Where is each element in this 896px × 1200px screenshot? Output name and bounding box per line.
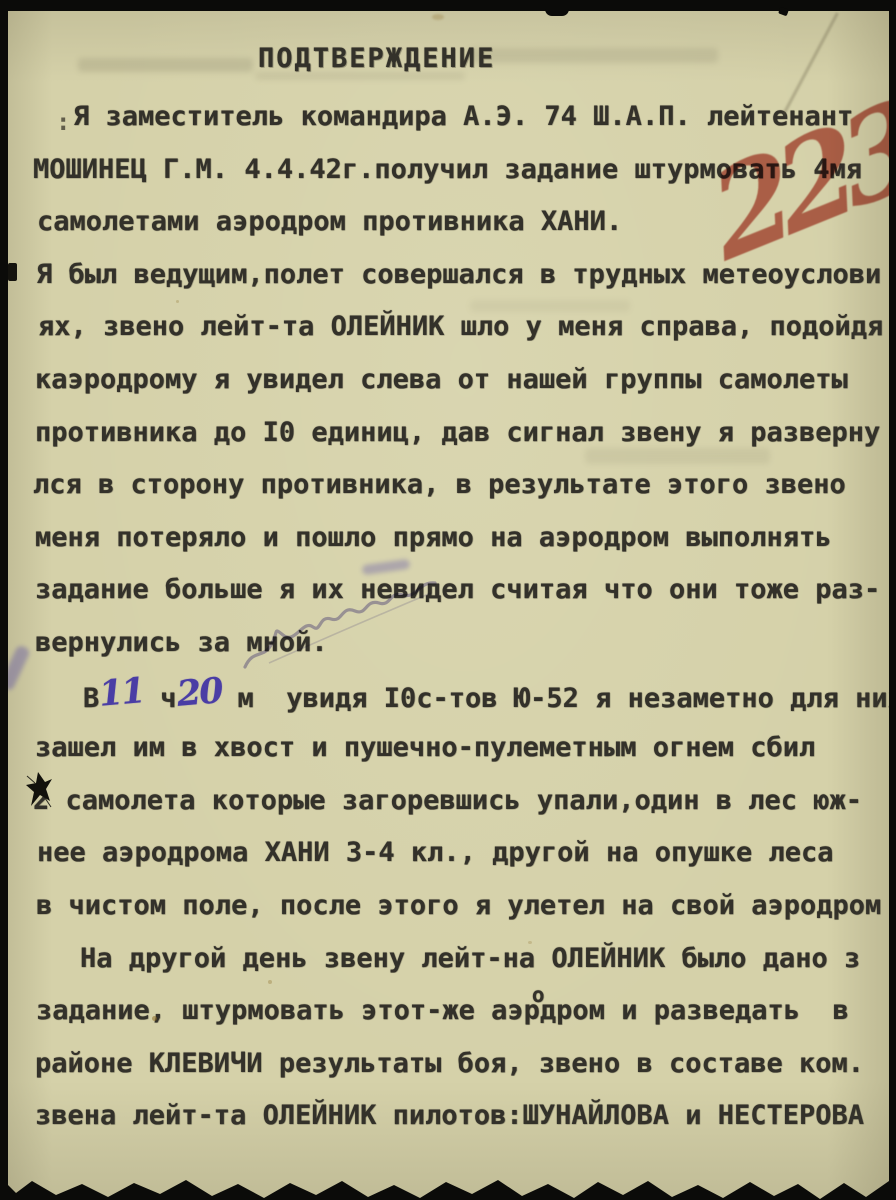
text-line: каэродрому я увидел слева от нашей групп… xyxy=(35,363,848,397)
scan-edge-notch xyxy=(545,0,569,16)
typed-text: дром и разведать в xyxy=(540,995,849,1026)
typed-text: нее аэродрома ХАНИ 3-4 кл., другой на оп… xyxy=(37,837,834,868)
typed-text: м увидя I0с-тов Ю-52 я незаметно для них xyxy=(221,683,889,714)
typed-text: меня потеряло и пошло прямо на аэродром … xyxy=(35,522,832,553)
paper-stain xyxy=(152,1016,157,1021)
text-line: противника до I0 единиц, дав сигнал звен… xyxy=(35,416,880,450)
text-line: задание больше я их невидел считая что о… xyxy=(35,573,880,607)
typed-text: звена лейт-та ОЛЕЙНИК пилотов:ШУНАЙЛОВА … xyxy=(35,1100,864,1131)
text-line: нее аэродрома ХАНИ 3-4 кл., другой на оп… xyxy=(37,836,834,870)
blue-signature-scribble xyxy=(235,555,450,680)
handwritten-time-digits: 20 xyxy=(175,674,223,712)
typed-text: в чистом поле, после этого я улетел на с… xyxy=(36,890,881,921)
typed-text: ях, звено лейт-та ОЛЕЙНИК шло у меня спр… xyxy=(38,311,883,342)
typed-text: самолетами аэродром противника ХАНИ. xyxy=(37,206,622,237)
text-line: Я заместитель командира А.Э. 74 Ш.А.П. л… xyxy=(73,100,853,134)
text-line: в чистом поле, после этого я улетел на с… xyxy=(36,889,881,923)
paper-stain xyxy=(432,14,444,20)
margin-ink-blot xyxy=(8,263,17,281)
typed-text: В xyxy=(83,683,99,714)
typed-text: 2 самолета которые загоревшись упали,оди… xyxy=(33,785,862,816)
paper-stain xyxy=(268,980,272,984)
text-line: зашел им в хвост и пушечно-пулеметным ог… xyxy=(35,731,815,765)
typed-text: зашел им в хвост и пушечно-пулеметным ог… xyxy=(35,732,815,763)
typed-text: Я заместитель командира А.Э. 74 Ш.А.П. л… xyxy=(73,101,853,132)
text-line: В11 ч20 м увидя I0с-тов Ю-52 я незаметно… xyxy=(83,679,889,716)
typed-text: каэродрому я увидел слева от нашей групп… xyxy=(35,364,848,395)
text-line: На другой день звену лейт-на ОЛЕЙНИК был… xyxy=(80,942,860,976)
typed-text: ч xyxy=(144,683,177,714)
text-line: районе КЛЕВИЧИ результаты боя, звено в с… xyxy=(35,1047,864,1081)
typed-text: противника до I0 единиц, дав сигнал звен… xyxy=(35,417,880,448)
text-line: звена лейт-та ОЛЕЙНИК пилотов:ШУНАЙЛОВА … xyxy=(35,1099,864,1133)
scanned-document: ПОДТВЕРЖДЕНИЕ : Я заместитель командира … xyxy=(0,0,896,1200)
paper-sheet: ПОДТВЕРЖДЕНИЕ : Я заместитель командира … xyxy=(8,11,889,1200)
typed-text: задание больше я их невидел считая что о… xyxy=(35,574,880,605)
typed-text: На другой день звену лейт-на ОЛЕЙНИК был… xyxy=(80,943,860,974)
paper-stain xyxy=(176,300,179,303)
text-line: ях, звено лейт-та ОЛЕЙНИК шло у меня спр… xyxy=(38,310,883,344)
text-line: меня потеряло и пошло прямо на аэродром … xyxy=(35,521,832,555)
typed-text: лся в сторону противника, в результате э… xyxy=(33,469,846,500)
text-line: 2 самолета которые загоревшись упали,оди… xyxy=(33,784,862,818)
typed-text: задание, штурмовать этот-же аэр xyxy=(36,995,540,1026)
typed-text: районе КЛЕВИЧИ результаты боя, звено в с… xyxy=(35,1048,864,1079)
text-line: самолетами аэродром противника ХАНИ. xyxy=(37,205,622,239)
text-line: задание, штурмовать этот-же аэродром и р… xyxy=(36,994,849,1029)
paper-stain xyxy=(528,941,532,944)
handwritten-time-digits: 11 xyxy=(98,674,146,712)
paper-tear-hole xyxy=(25,770,53,808)
text-line: лся в сторону противника, в результате э… xyxy=(33,468,846,502)
